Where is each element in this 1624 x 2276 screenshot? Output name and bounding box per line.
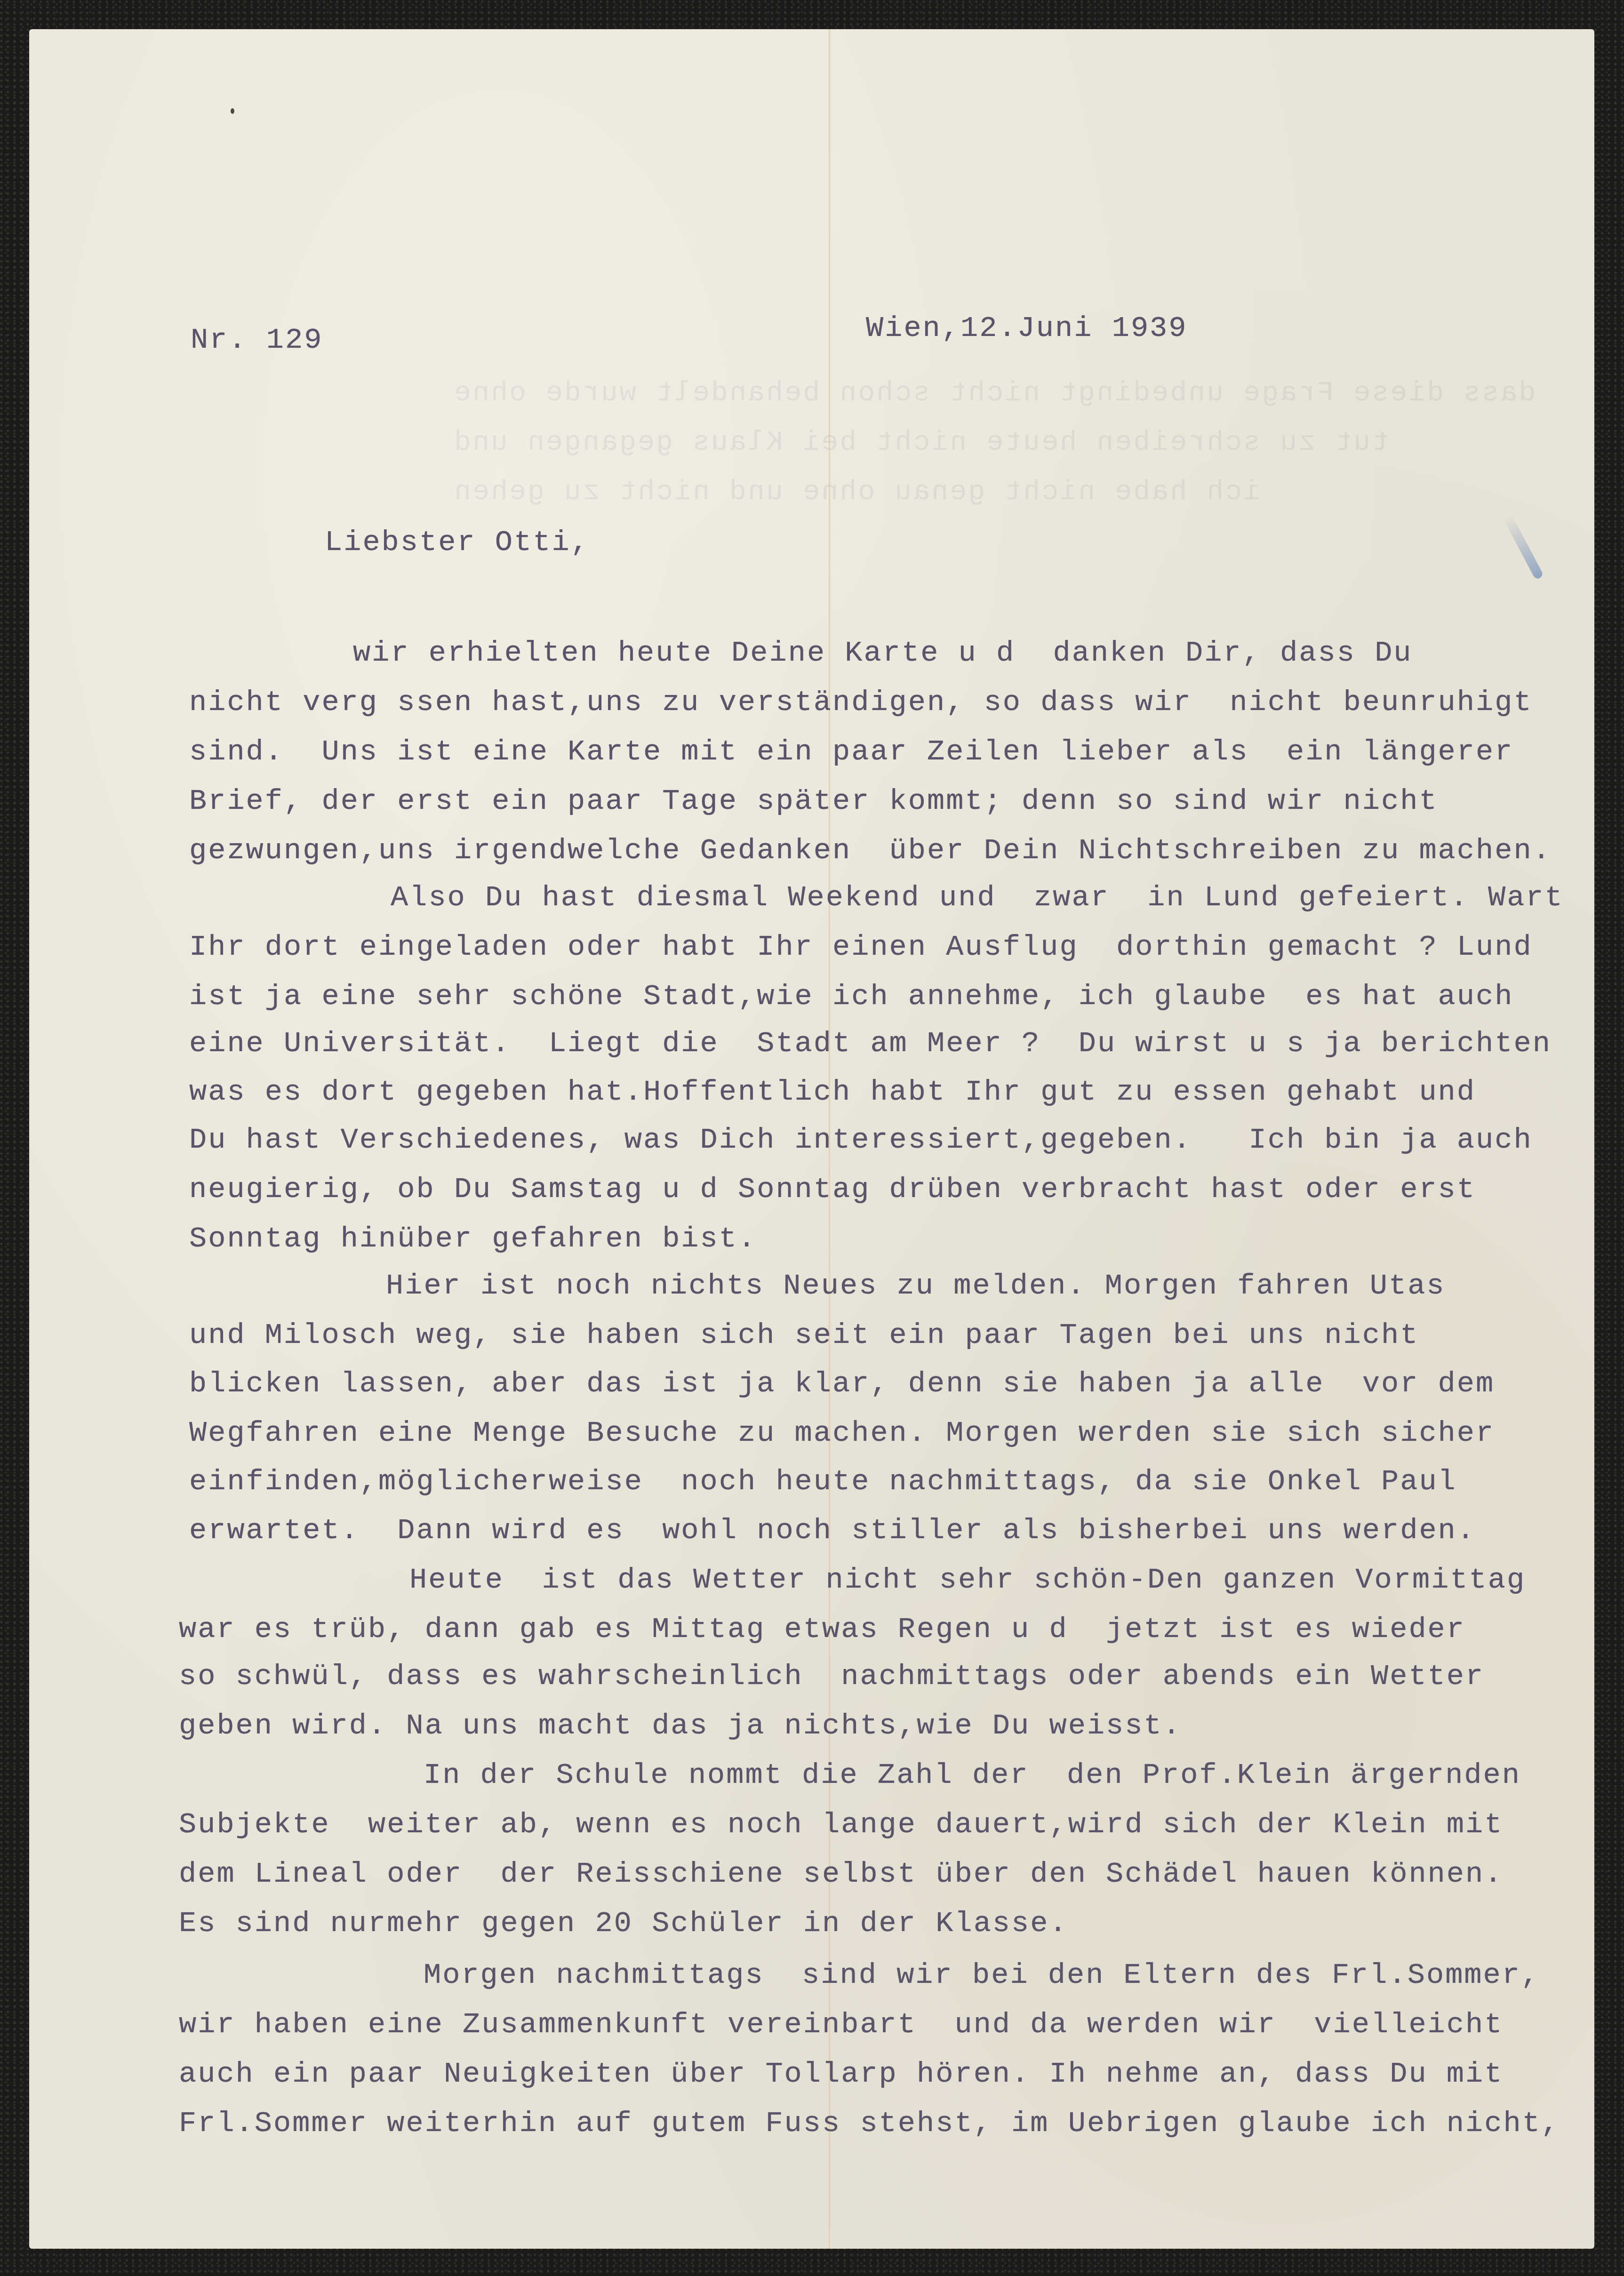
body-line: und Milosch weg, sie haben sich seit ein…	[189, 1321, 1419, 1350]
body-line: geben wird. Na uns macht das ja nichts,w…	[179, 1711, 1182, 1741]
body-line: Sonntag hinüber gefahren bist.	[189, 1224, 757, 1254]
body-line: so schwül, dass es wahrscheinlich nachmi…	[179, 1662, 1484, 1691]
body-line: sind. Uns ist eine Karte mit ein paar Ze…	[189, 737, 1513, 767]
place-date: Wien,12.Juni 1939	[866, 314, 1188, 343]
body-line: nicht verg ssen hast,uns zu verständigen…	[189, 688, 1533, 717]
body-line: In der Schule nommt die Zahl der den Pro…	[424, 1761, 1521, 1790]
body-line: Subjekte weiter ab, wenn es noch lange d…	[179, 1810, 1503, 1839]
salutation: Liebster Otti,	[325, 528, 590, 557]
body-line: wir haben eine Zusammenkunft vereinbart …	[179, 2010, 1503, 2039]
body-line: Brief, der erst ein paar Tage später kom…	[189, 787, 1438, 816]
bleed-through-text: ich habe nicht genau ohne und nicht zu g…	[453, 476, 1260, 508]
body-line: Es sind nurmehr gegen 20 Schüler in der …	[179, 1909, 1068, 1938]
body-line: Ihr dort eingeladen oder habt Ihr einen …	[189, 933, 1533, 962]
bleed-through-text: tut zu schreiben heute nicht bei Klaus g…	[453, 427, 1389, 459]
ink-smudge	[1503, 513, 1544, 580]
body-line: eine Universität. Liegt die Stadt am Mee…	[189, 1029, 1552, 1058]
body-line: erwartet. Dann wird es wohl noch stiller…	[189, 1516, 1476, 1545]
body-line: Morgen nachmittags sind wir bei den Elte…	[424, 1961, 1540, 1990]
body-line: blicken lassen, aber das ist ja klar, de…	[189, 1369, 1495, 1398]
body-line: was es dort gegeben hat.Hoffentlich habt…	[189, 1078, 1476, 1107]
body-line: war es trüb, dann gab es Mittag etwas Re…	[179, 1615, 1465, 1644]
body-line: Frl.Sommer weiterhin auf gutem Fuss steh…	[179, 2109, 1560, 2138]
body-line: Hier ist noch nichts Neues zu melden. Mo…	[386, 1271, 1446, 1301]
paper-speck	[231, 108, 234, 114]
body-line: dem Lineal oder der Reisschiene selbst ü…	[179, 1860, 1503, 1889]
body-line: ist ja eine sehr schöne Stadt,wie ich an…	[189, 982, 1513, 1011]
body-line: gezwungen,uns irgendwelche Gedanken über…	[189, 836, 1552, 865]
bleed-through-text: dass diese Frage unbedingt nicht schon b…	[453, 377, 1536, 409]
body-line: Also Du hast diesmal Weekend und zwar in…	[391, 883, 1564, 912]
letter-page: dass diese Frage unbedingt nicht schon b…	[29, 29, 1594, 2249]
body-line: Du hast Verschiedenes, was Dich interess…	[189, 1126, 1533, 1155]
body-line: wir erhielten heute Deine Karte u d dank…	[353, 639, 1413, 668]
body-line: Wegfahren eine Menge Besuche zu machen. …	[189, 1419, 1495, 1448]
body-line: neugierig, ob Du Samstag u d Sonntag drü…	[189, 1175, 1476, 1204]
body-line: Heute ist das Wetter nicht sehr schön-De…	[409, 1565, 1526, 1595]
body-line: einfinden,möglicherweise noch heute nach…	[189, 1467, 1457, 1496]
letter-number: Nr. 129	[191, 326, 323, 355]
body-line: auch ein paar Neuigkeiten über Tollarp h…	[179, 2060, 1503, 2089]
